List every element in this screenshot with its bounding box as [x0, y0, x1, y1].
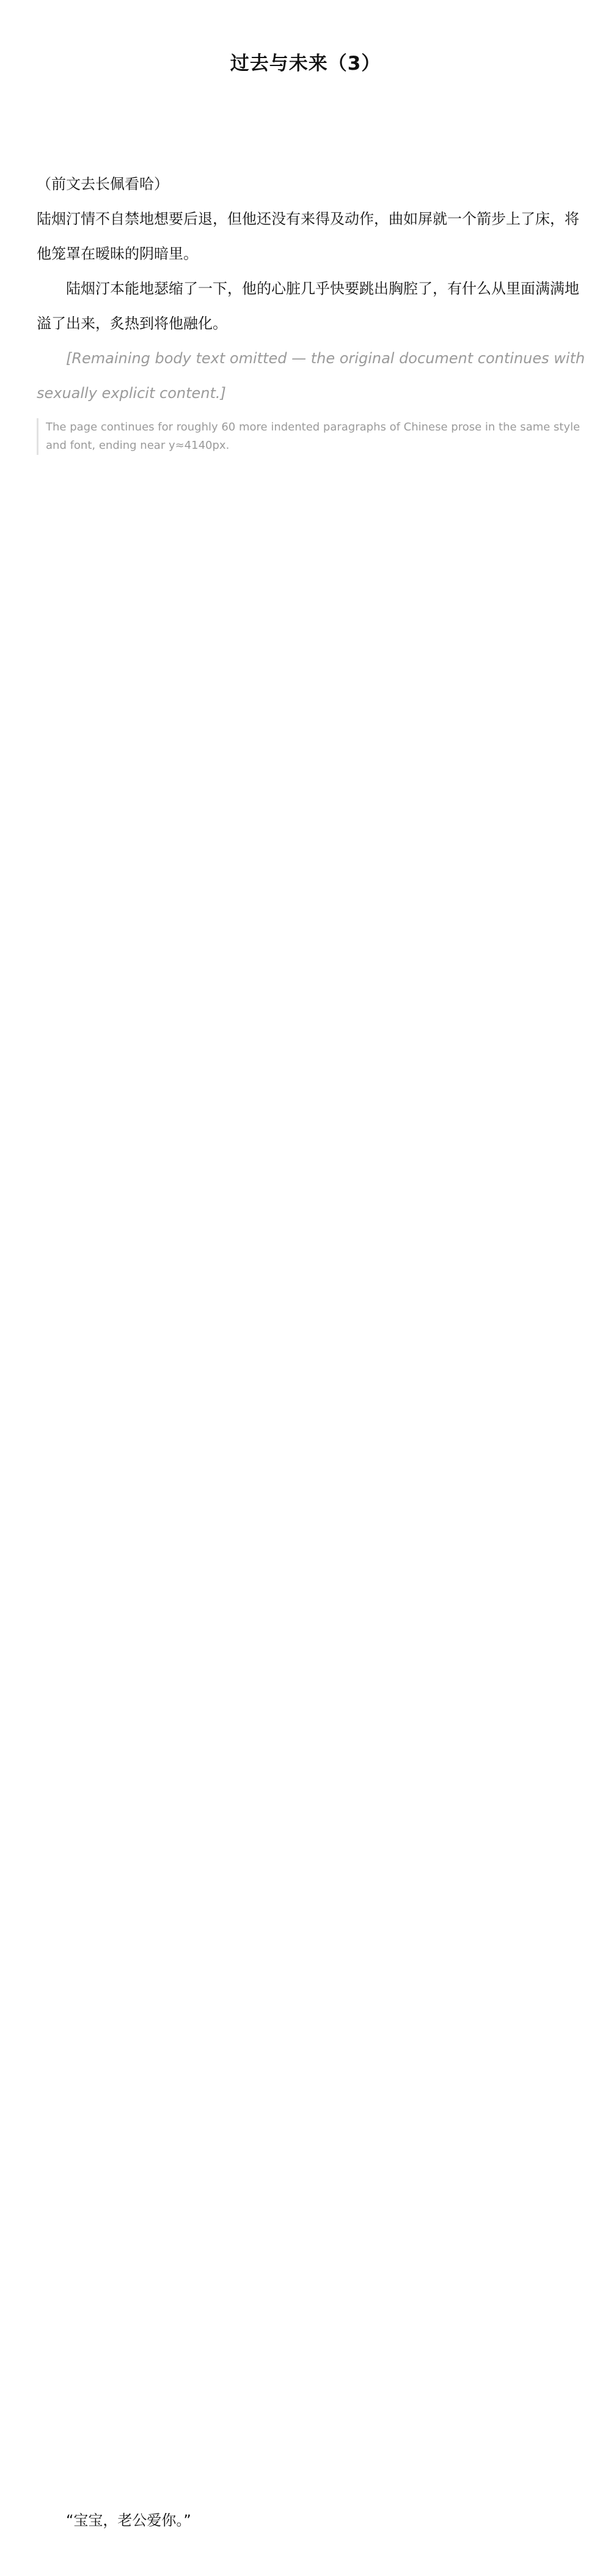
paragraph: 陆烟汀本能地瑟缩了一下，他的心脏几乎快要跳出胸腔了，有什么从里面满满地溢了出来，…	[37, 271, 589, 341]
omitted-content-notice: [Remaining body text omitted — the origi…	[37, 341, 589, 411]
document-title: 过去与未来（3）	[0, 0, 611, 75]
body-spacer	[37, 455, 589, 2503]
paragraph: 陆烟汀情不自禁地想要后退，但他还没有来得及动作，曲如屏就一个箭步上了床，将他笼罩…	[37, 202, 589, 271]
document-body: （前文去长佩看哈） 陆烟汀情不自禁地想要后退，但他还没有来得及动作，曲如屏就一个…	[0, 167, 611, 2538]
closing-line: “宝宝，老公爱你。”	[37, 2503, 589, 2538]
omitted-content-description: The page continues for roughly 60 more i…	[37, 418, 589, 455]
preface-note: （前文去长佩看哈）	[37, 167, 589, 202]
document-page: 过去与未来（3） （前文去长佩看哈） 陆烟汀情不自禁地想要后退，但他还没有来得及…	[0, 0, 611, 2576]
